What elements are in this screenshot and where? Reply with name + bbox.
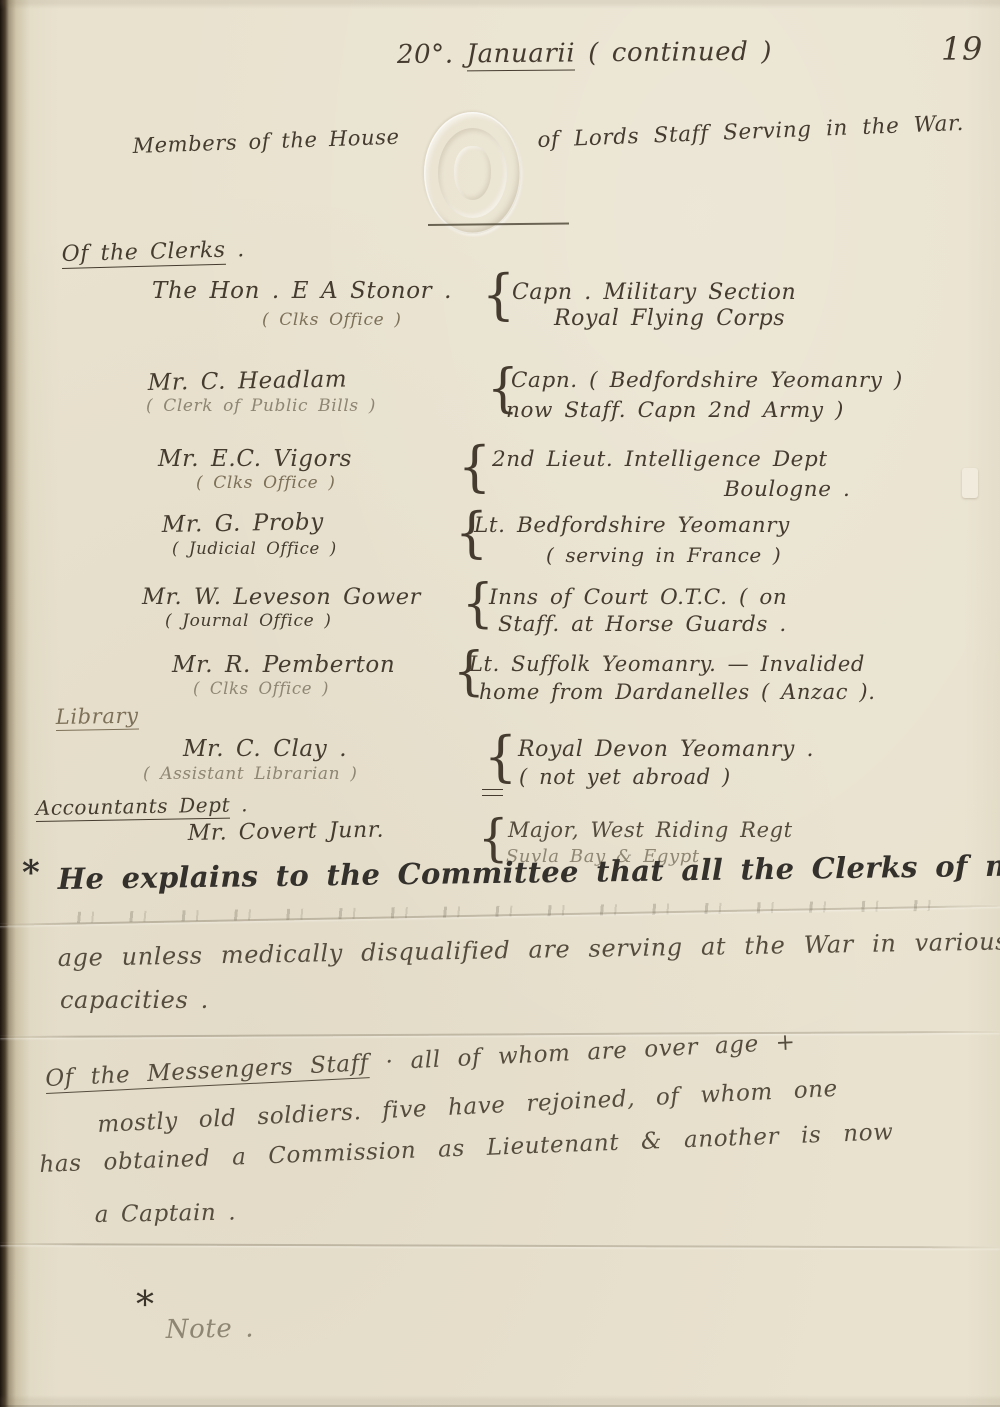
date-month: Januarii	[466, 38, 575, 71]
pasted-slip-seam	[0, 1031, 1000, 1038]
staff-office: ( Judicial Office )	[172, 539, 337, 558]
brace-icon: {	[458, 440, 492, 495]
section-heading-clerks: Of the Clerks .	[61, 237, 245, 267]
accountants-heading-dot: .	[230, 792, 248, 816]
staff-name: Mr. Covert Junr.	[188, 818, 385, 846]
seal-underline-rule	[428, 223, 569, 226]
title-left: Members of the House	[132, 125, 400, 158]
section-heading-library: Library	[56, 704, 139, 729]
clerks-heading-text: Of the Clerks	[61, 238, 226, 269]
footnote-asterisk: *	[136, 1285, 155, 1326]
staff-service-line1: Royal Devon Yeomanry .	[518, 737, 814, 762]
staff-name: Mr. C. Clay .	[183, 736, 347, 762]
staff-office: ( Clks Office )	[193, 679, 329, 698]
date-prefix: 20°.	[397, 40, 454, 70]
note-line1: He explains to the Committee that all th…	[58, 847, 1000, 896]
staff-service-line2: Royal Flying Corps	[554, 306, 785, 331]
staff-service-line2: Boulogne .	[724, 477, 850, 502]
manuscript-page: 20°. Januarii ( continued ) 19 Members o…	[0, 0, 1000, 1407]
footnote-label: Note .	[165, 1313, 254, 1345]
staff-service-line1: Capn. ( Bedfordshire Yeomanry )	[511, 368, 903, 393]
staff-service-line2: now Staff. Capn 2nd Army )	[506, 398, 844, 423]
note-line2: age unless medically disqualified are se…	[58, 927, 1000, 972]
staff-name: The Hon . E A Stonor .	[152, 278, 452, 304]
title-right: of Lords Staff Serving in the War.	[537, 111, 964, 153]
double-rule	[482, 789, 503, 796]
staff-name: Mr. E.C. Vigors	[158, 446, 352, 472]
staff-service-line1: Lt. Suffolk Yeomanry. — Invalided	[469, 652, 865, 676]
paper-flaw	[962, 468, 978, 498]
staff-service-line2: ( not yet abroad )	[519, 765, 731, 789]
brace-icon: {	[482, 268, 516, 323]
staff-name: Mr. G. Proby	[162, 509, 324, 538]
staff-service-line1: Inns of Court O.T.C. ( on	[489, 585, 787, 610]
staff-service-line1: 2nd Lieut. Intelligence Dept	[492, 447, 828, 472]
staff-office: ( Assistant Librarian )	[143, 764, 357, 784]
accountants-heading-text: Accountants Dept	[36, 793, 231, 822]
page-number: 19	[941, 30, 983, 68]
staff-office: ( Clks Office )	[196, 473, 336, 493]
staff-office: ( Journal Office )	[165, 611, 331, 631]
margin-asterisk: *	[22, 853, 40, 893]
messengers-heading-text: Of the Messengers Staff	[45, 1050, 370, 1094]
staff-office: ( Clerk of Public Bills )	[146, 396, 376, 416]
staff-service-line2: home from Dardanelles ( Anzac ).	[479, 680, 876, 704]
staff-name: Mr. R. Pemberton	[172, 652, 395, 678]
staff-name: Mr. C. Headlam	[148, 367, 348, 396]
staff-service-line1: Major, West Riding Regt	[508, 818, 793, 842]
staff-service-line2: Staff. at Horse Guards .	[498, 612, 787, 637]
library-heading-text: Library	[56, 704, 139, 731]
staff-service-line1: Lt. Bedfordshire Yeomanry	[474, 513, 790, 538]
staff-service-line1: Capn . Military Section	[512, 280, 796, 305]
staff-office: ( Clks Office )	[262, 310, 402, 330]
section-heading-accountants: Accountants Dept .	[36, 792, 249, 820]
staff-name: Mr. W. Leveson Gower	[142, 584, 421, 610]
embossed-crest-seal	[424, 112, 521, 234]
staff-service-line2: ( serving in France )	[546, 543, 781, 567]
messengers-line1-rest: · all of whom are over age +	[368, 1029, 796, 1076]
note-line3: capacities .	[60, 986, 209, 1014]
date-rest: ( continued )	[588, 37, 772, 69]
pasted-slip-seam	[0, 1243, 1000, 1248]
brace-icon: {	[484, 730, 518, 785]
clerks-heading-dot: .	[225, 237, 245, 262]
date-heading: 20°. Januarii ( continued )	[397, 37, 772, 70]
messengers-line4: a Captain .	[95, 1200, 237, 1228]
